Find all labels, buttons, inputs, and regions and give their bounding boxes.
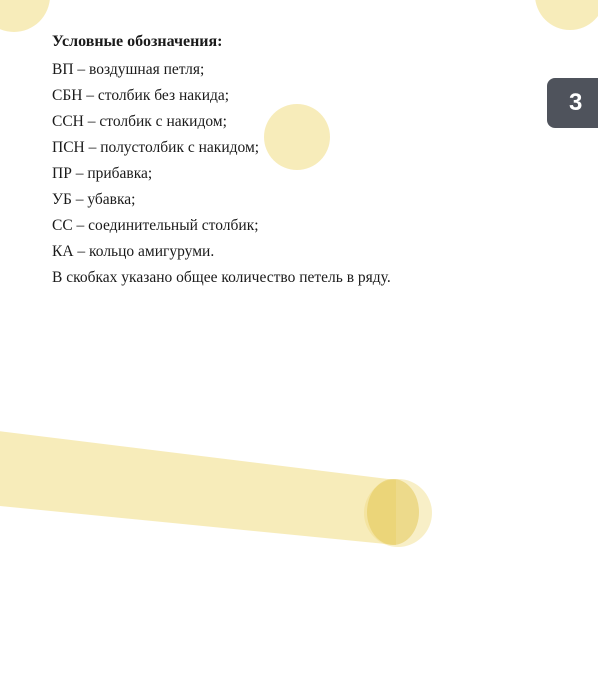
legend: Условные обозначения: ВП – воздушная пет… (52, 30, 472, 291)
highlight-blob (0, 0, 50, 32)
highlight-blob (535, 0, 598, 30)
page-number-badge: 3 (547, 78, 598, 128)
legend-item: ПСН – полустолбик с накидом; (52, 135, 472, 161)
legend-item: УБ – убавка; (52, 187, 472, 213)
legend-note: В скобках указано общее количество петел… (52, 265, 472, 291)
legend-item: ВП – воздушная петля; (52, 57, 472, 83)
highlight-blob (264, 104, 330, 170)
legend-item: КА – кольцо амигуруми. (52, 239, 472, 265)
legend-item: ПР – прибавка; (52, 161, 472, 187)
legend-title: Условные обозначения: (52, 30, 472, 54)
legend-item: ССН – столбик с накидом; (52, 109, 472, 135)
legend-item: СБН – столбик без накида; (52, 83, 472, 109)
legend-item: СС – соединительный столбик; (52, 213, 472, 239)
